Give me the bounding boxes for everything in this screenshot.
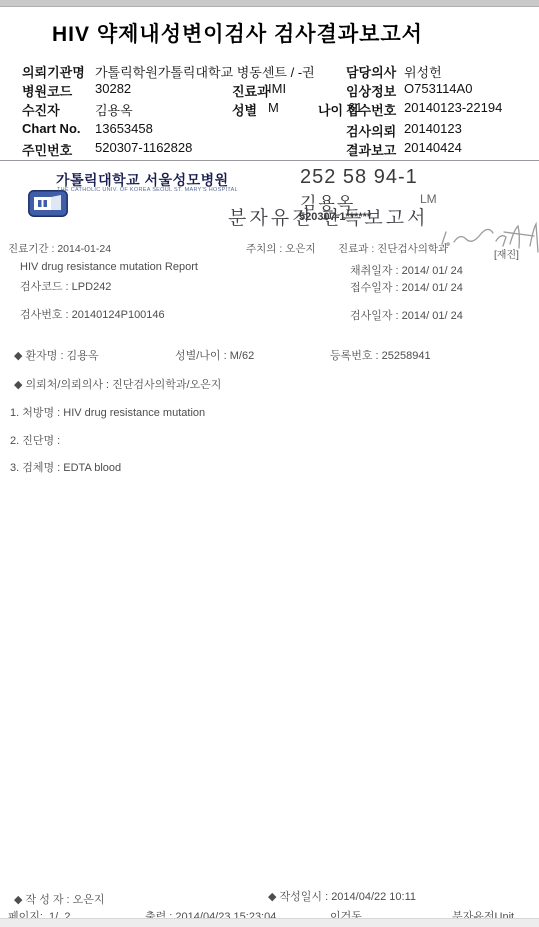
- field-value-test-request: 20140123: [404, 121, 462, 136]
- report-page: HIV 약제내성변이검사 검사결과보고서 의뢰기관명 가톨릭학원가톨릭대학교 병…: [0, 0, 539, 927]
- field-label-age: 나이: [318, 100, 343, 119]
- patient-name-field: ◆ 환자명 : 김용옥: [14, 347, 98, 363]
- field-value-receipt-no: 20140123-22194: [404, 100, 502, 115]
- patient-sex-age: 성별/나이 : M/62: [175, 347, 254, 363]
- visit-attending: 주치의 : 오은지: [246, 241, 316, 256]
- field-value-department: IMI: [268, 81, 286, 96]
- field-value-clinical-info: O753114A0: [404, 81, 472, 96]
- patient-reg-no: 등록번호 : 25258941: [330, 347, 431, 363]
- footer-written-at: ◆ 작성일시 : 2014/04/22 10:11: [268, 888, 416, 904]
- field-label-examinee: 수진자: [22, 100, 60, 119]
- field-value-result-report: 20140424: [404, 140, 462, 155]
- test-number: 검사번호 : 20140124P100146: [20, 306, 165, 322]
- visit-period: 진료기간 : 2014-01-24: [8, 241, 111, 256]
- field-value-doctor: 위성헌: [404, 62, 442, 81]
- field-label-test-request: 검사의뢰: [346, 121, 396, 140]
- field-label-hospital-code: 병원코드: [22, 81, 72, 100]
- item-specimen: 3. 검체명 : EDTA blood: [10, 459, 121, 475]
- field-label-receipt-no: 접수번호: [346, 100, 396, 119]
- window-top-strip: [0, 0, 539, 7]
- field-value-resident-no: 520307-1162828: [95, 140, 192, 155]
- patient-number: 252 58 94-1: [300, 166, 418, 189]
- test-report-name: HIV drug resistance mutation Report: [20, 261, 198, 273]
- patient-referrer: ◆ 의뢰처/의뢰의사 : 진단검사의학과/오은지: [14, 376, 221, 392]
- field-value-chart-no: 13653458: [95, 121, 153, 136]
- revisit-badge: [재진]: [494, 246, 519, 261]
- item-diagnosis: 2. 진단명 :: [10, 432, 60, 448]
- visit-department: 진료과 : 진단검사의학과: [338, 241, 448, 256]
- field-value-examinee: 김용옥: [95, 100, 133, 119]
- field-label-department: 진료과: [232, 81, 270, 100]
- field-label-request-org: 의뢰기관명: [22, 62, 85, 81]
- field-label-chart-no: Chart No.: [22, 121, 81, 136]
- field-label-sex: 성별: [232, 100, 257, 119]
- field-value-hospital-code: 30282: [95, 81, 131, 96]
- window-bottom-strip: [0, 918, 539, 927]
- field-value-sex: M: [268, 100, 279, 115]
- field-value-request-org: 가톨릭학원가톨릭대학교 병동센트 / -권: [95, 62, 315, 81]
- item-prescription: 1. 처방명 : HIV drug resistance mutation: [10, 404, 205, 420]
- hospital-subtitle: THE CATHOLIC UNIV. OF KOREA SEOUL ST. MA…: [57, 187, 238, 193]
- field-label-result-report: 결과보고: [346, 140, 396, 159]
- field-label-resident-no: 주민번호: [22, 140, 72, 159]
- field-label-clinical-info: 임상정보: [346, 81, 396, 100]
- test-code: 검사코드 : LPD242: [20, 278, 111, 294]
- test-collect-date: 채취일자 : 2014/ 01/ 24: [350, 262, 463, 278]
- document-type-title: 분자유전 판독보고서: [228, 203, 428, 230]
- field-label-doctor: 담당의사: [346, 62, 396, 81]
- page-title: HIV 약제내성변이검사 검사결과보고서: [52, 18, 423, 48]
- header-separator: [0, 160, 539, 161]
- test-receipt-date: 접수일자 : 2014/ 01/ 24: [350, 279, 463, 295]
- test-date: 검사일자 : 2014/ 01/ 24: [350, 307, 463, 323]
- footer-author: ◆ 작 성 자 : 오은지: [14, 891, 105, 907]
